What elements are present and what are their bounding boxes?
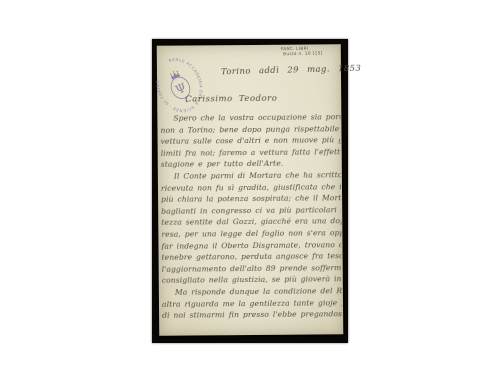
handwritten-line: Il Conte parmi di Mortara che ha scritto… bbox=[161, 169, 341, 182]
photo-black-backdrop: REALE ACCADEMIA DELLE SCIENZE · DI TORIN… bbox=[152, 39, 348, 343]
letter-dateline: Torino addì 29 mag. 1853 bbox=[221, 64, 341, 77]
handwritten-line: Ma risponde dunque la condizione del Rom… bbox=[162, 285, 342, 298]
handwritten-line: resa, per una legge del foglio non s'era… bbox=[161, 227, 341, 240]
crown-icon bbox=[169, 69, 180, 79]
archival-reference-stamp: FASC. LIBRI Busta n. 10 [15] bbox=[281, 45, 339, 57]
academy-seal-stamp: REALE ACCADEMIA DELLE SCIENZE · DI TORIN… bbox=[146, 48, 213, 120]
letter-paper: REALE ACCADEMIA DELLE SCIENZE · DI TORIN… bbox=[157, 44, 344, 336]
letter-body: Spero che la vostra occupazione sia port… bbox=[160, 111, 342, 321]
letter-salutation: Carissimo Teodoro bbox=[185, 94, 277, 105]
stamp-line-2: Busta n. 10 [15] bbox=[281, 50, 339, 57]
handwritten-line: di noi stimarmi fin presso l'ebbe pregan… bbox=[162, 308, 342, 321]
scanned-letter-page: REALE ACCADEMIA DELLE SCIENZE · DI TORIN… bbox=[0, 0, 500, 380]
handwritten-line: limiti fra noi; faremo a vettura fatta l… bbox=[161, 146, 341, 159]
handwritten-line: Spero che la vostra occupazione sia port… bbox=[160, 111, 340, 124]
